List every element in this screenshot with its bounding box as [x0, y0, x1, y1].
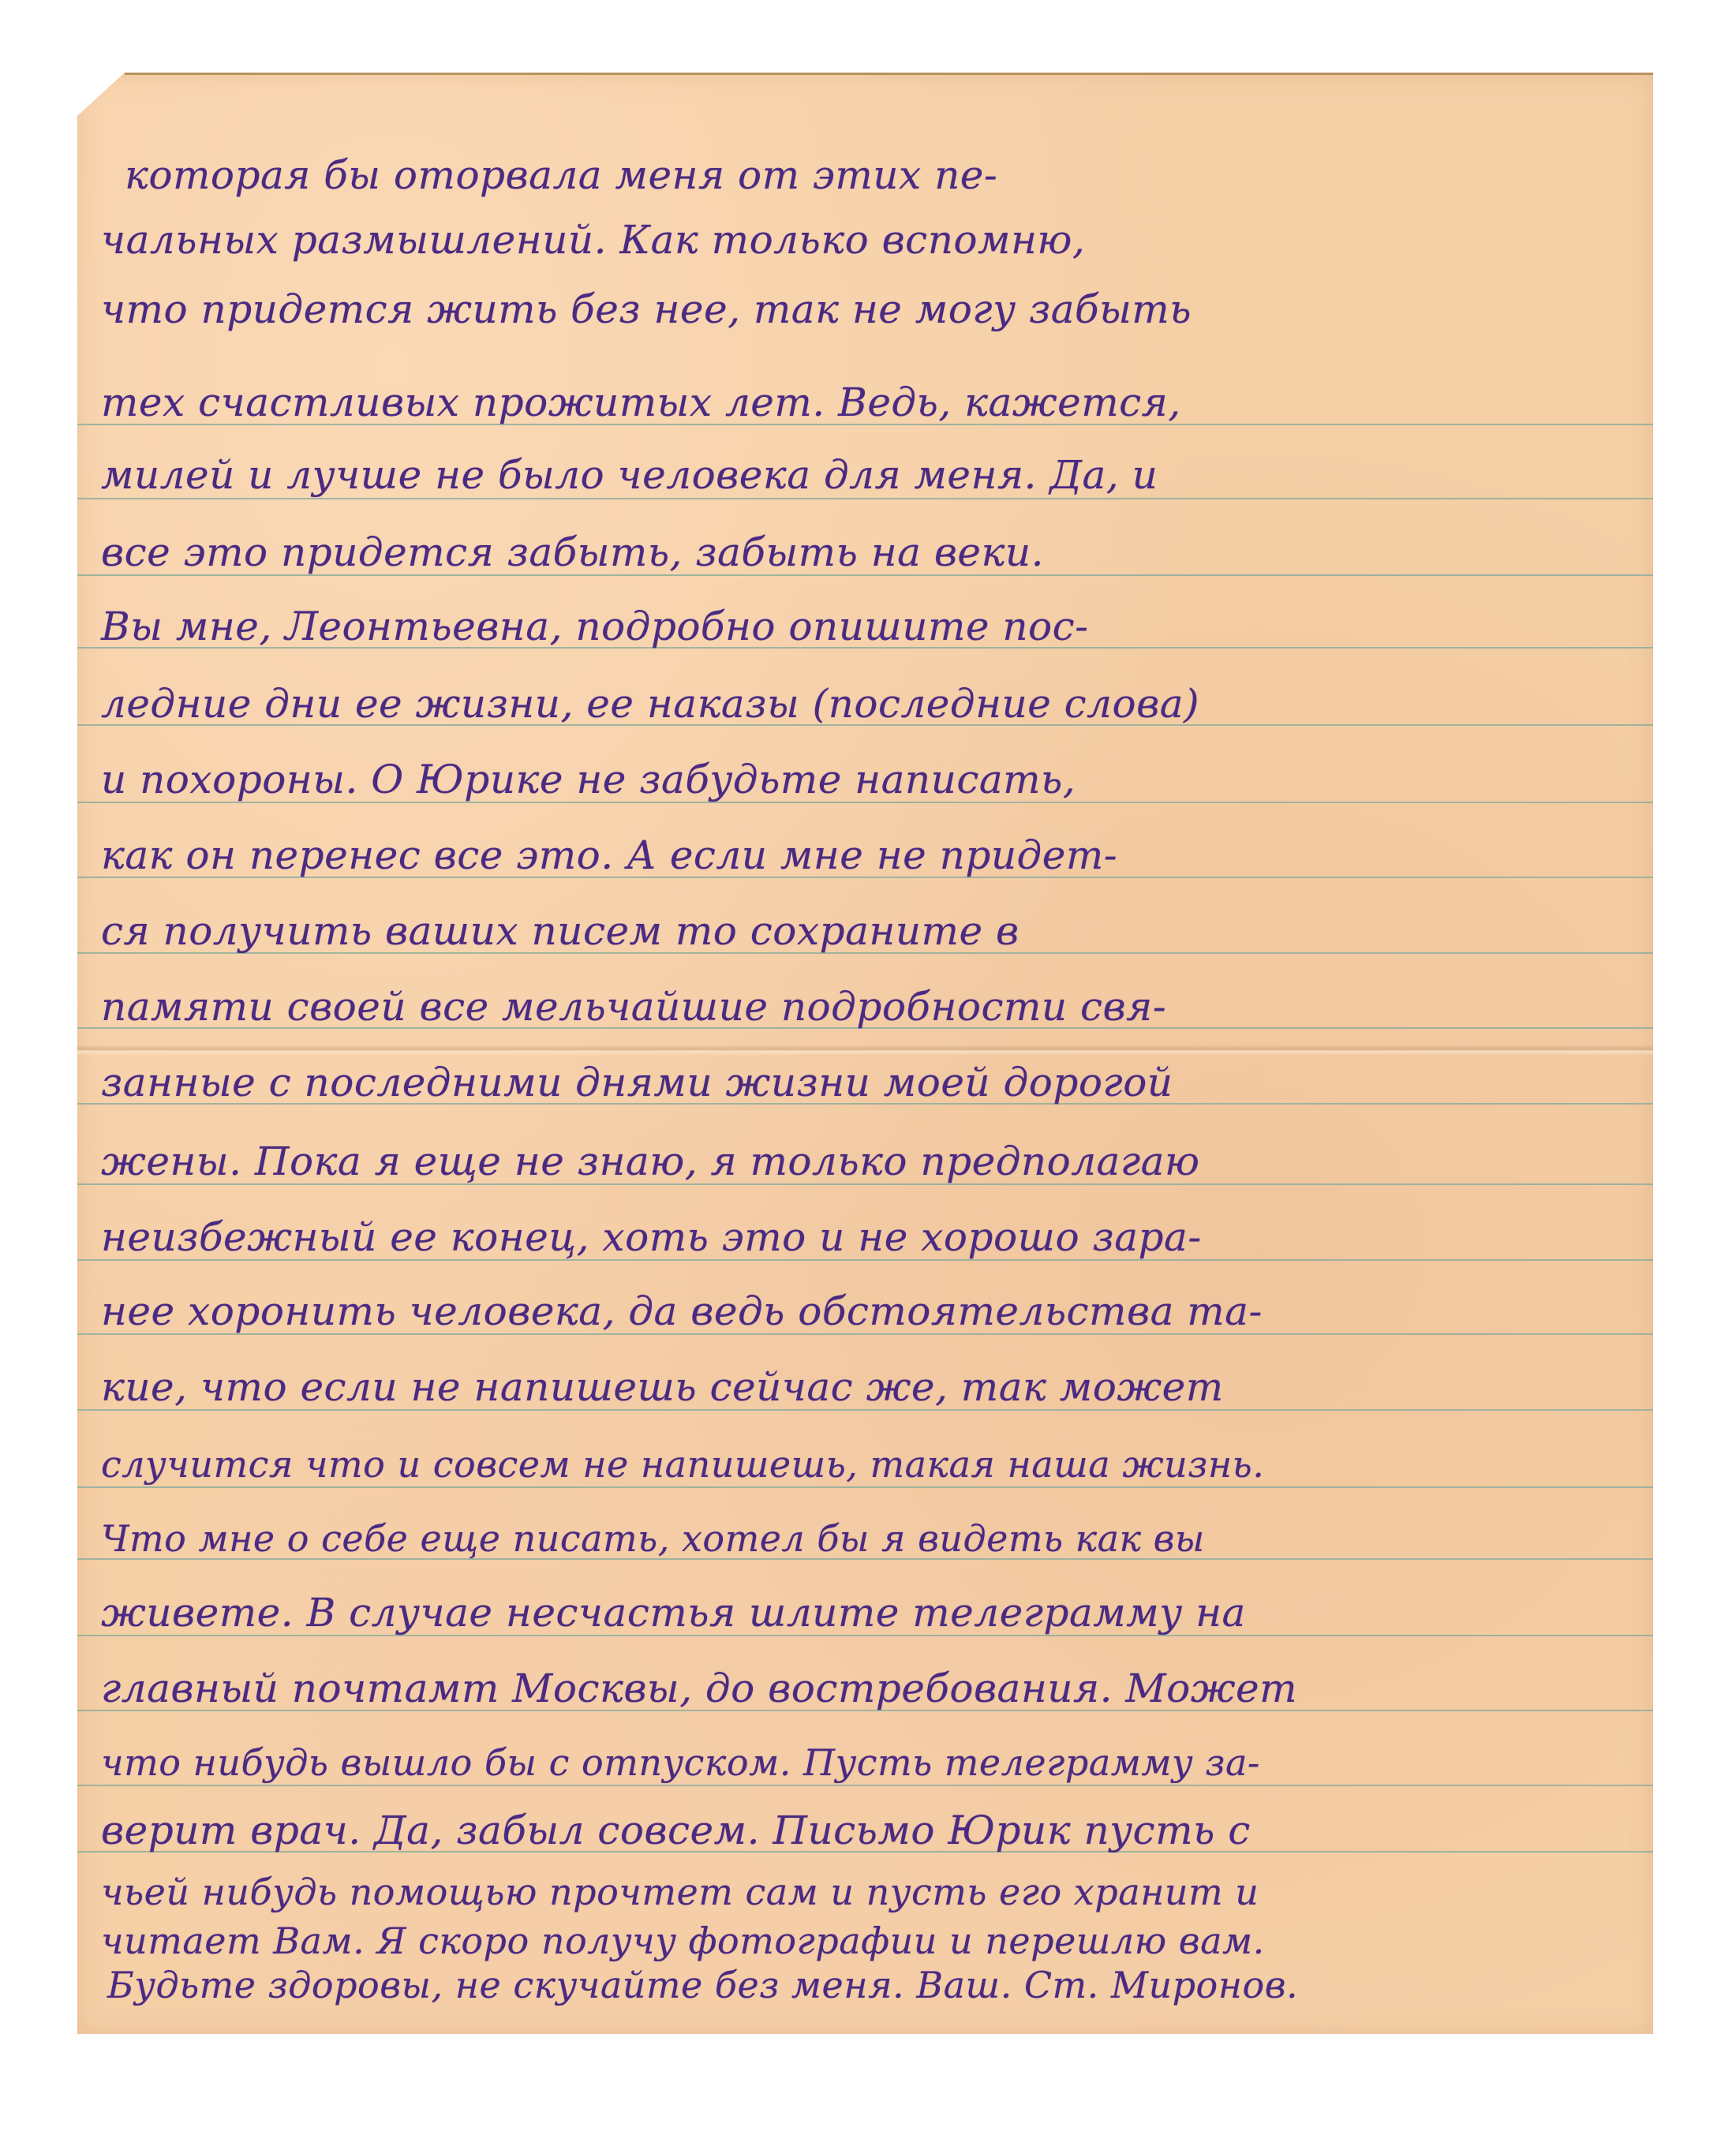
letter-line-9: и похороны. О Юрике не забудьте написать…	[101, 756, 1637, 803]
letter-line-1: которая бы оторвала меня от этих пе-	[125, 151, 1637, 199]
letter-paper: которая бы оторвала меня от этих пе- чал…	[77, 73, 1653, 2034]
letter-line-3: что придется жить без нее, так не могу з…	[101, 286, 1637, 333]
letter-line-22: что нибудь вышло бы с отпуском. Пусть те…	[101, 1739, 1637, 1786]
letter-line-12: памяти своей все мельчайшие подробности …	[101, 983, 1637, 1030]
letter-line-14: жены. Пока я еще не знаю, я только предп…	[101, 1138, 1637, 1185]
letter-line-6: все это придется забыть, забыть на веки.	[101, 529, 1637, 576]
letter-line-24: чьей нибудь помощью прочтет сам и пусть …	[101, 1868, 1637, 1916]
letter-line-2: чальных размышлений. Как только вспомню,	[101, 216, 1637, 264]
letter-line-20: живете. В случае несчастья шлите телегра…	[101, 1589, 1637, 1636]
letter-line-15: неизбежный ее конец, хоть это и не хорош…	[101, 1213, 1637, 1261]
letter-line-18: случится что и совсем не напишешь, такая…	[101, 1441, 1637, 1488]
letter-line-4: тех счастливых прожитых лет. Ведь, кажет…	[101, 379, 1637, 426]
letter-line-10: как он перенес все это. А если мне не пр…	[101, 832, 1637, 879]
letter-line-5: милей и лучше не было человека для меня.…	[101, 451, 1637, 499]
paper-fold	[77, 1045, 1653, 1056]
letter-line-7: Вы мне, Леонтьевна, подробно опишите пос…	[101, 603, 1637, 650]
letter-line-16: нее хоронить человека, да ведь обстоятел…	[101, 1288, 1637, 1335]
letter-line-17: кие, что если не напишешь сейчас же, так…	[101, 1363, 1637, 1411]
letter-line-8: ледние дни ее жизни, ее наказы (последни…	[101, 680, 1637, 727]
letter-line-25: читает Вам. Я скоро получу фотографии и …	[101, 1917, 1637, 1965]
letter-signature-line: Будьте здоровы, не скучайте без меня. Ва…	[107, 1961, 1637, 2009]
letter-line-13: занные с последними днями жизни моей дор…	[101, 1059, 1637, 1106]
letter-line-21: главный почтамт Москвы, до востребования…	[101, 1665, 1637, 1712]
letter-line-19: Что мне о себе еще писать, хотел бы я ви…	[101, 1515, 1637, 1562]
letter-line-11: ся получить ваших писем то сохраните в	[101, 907, 1637, 955]
letter-line-23: верит врач. Да, забыл совсем. Письмо Юри…	[101, 1807, 1637, 1854]
paper-edge	[125, 73, 1653, 75]
